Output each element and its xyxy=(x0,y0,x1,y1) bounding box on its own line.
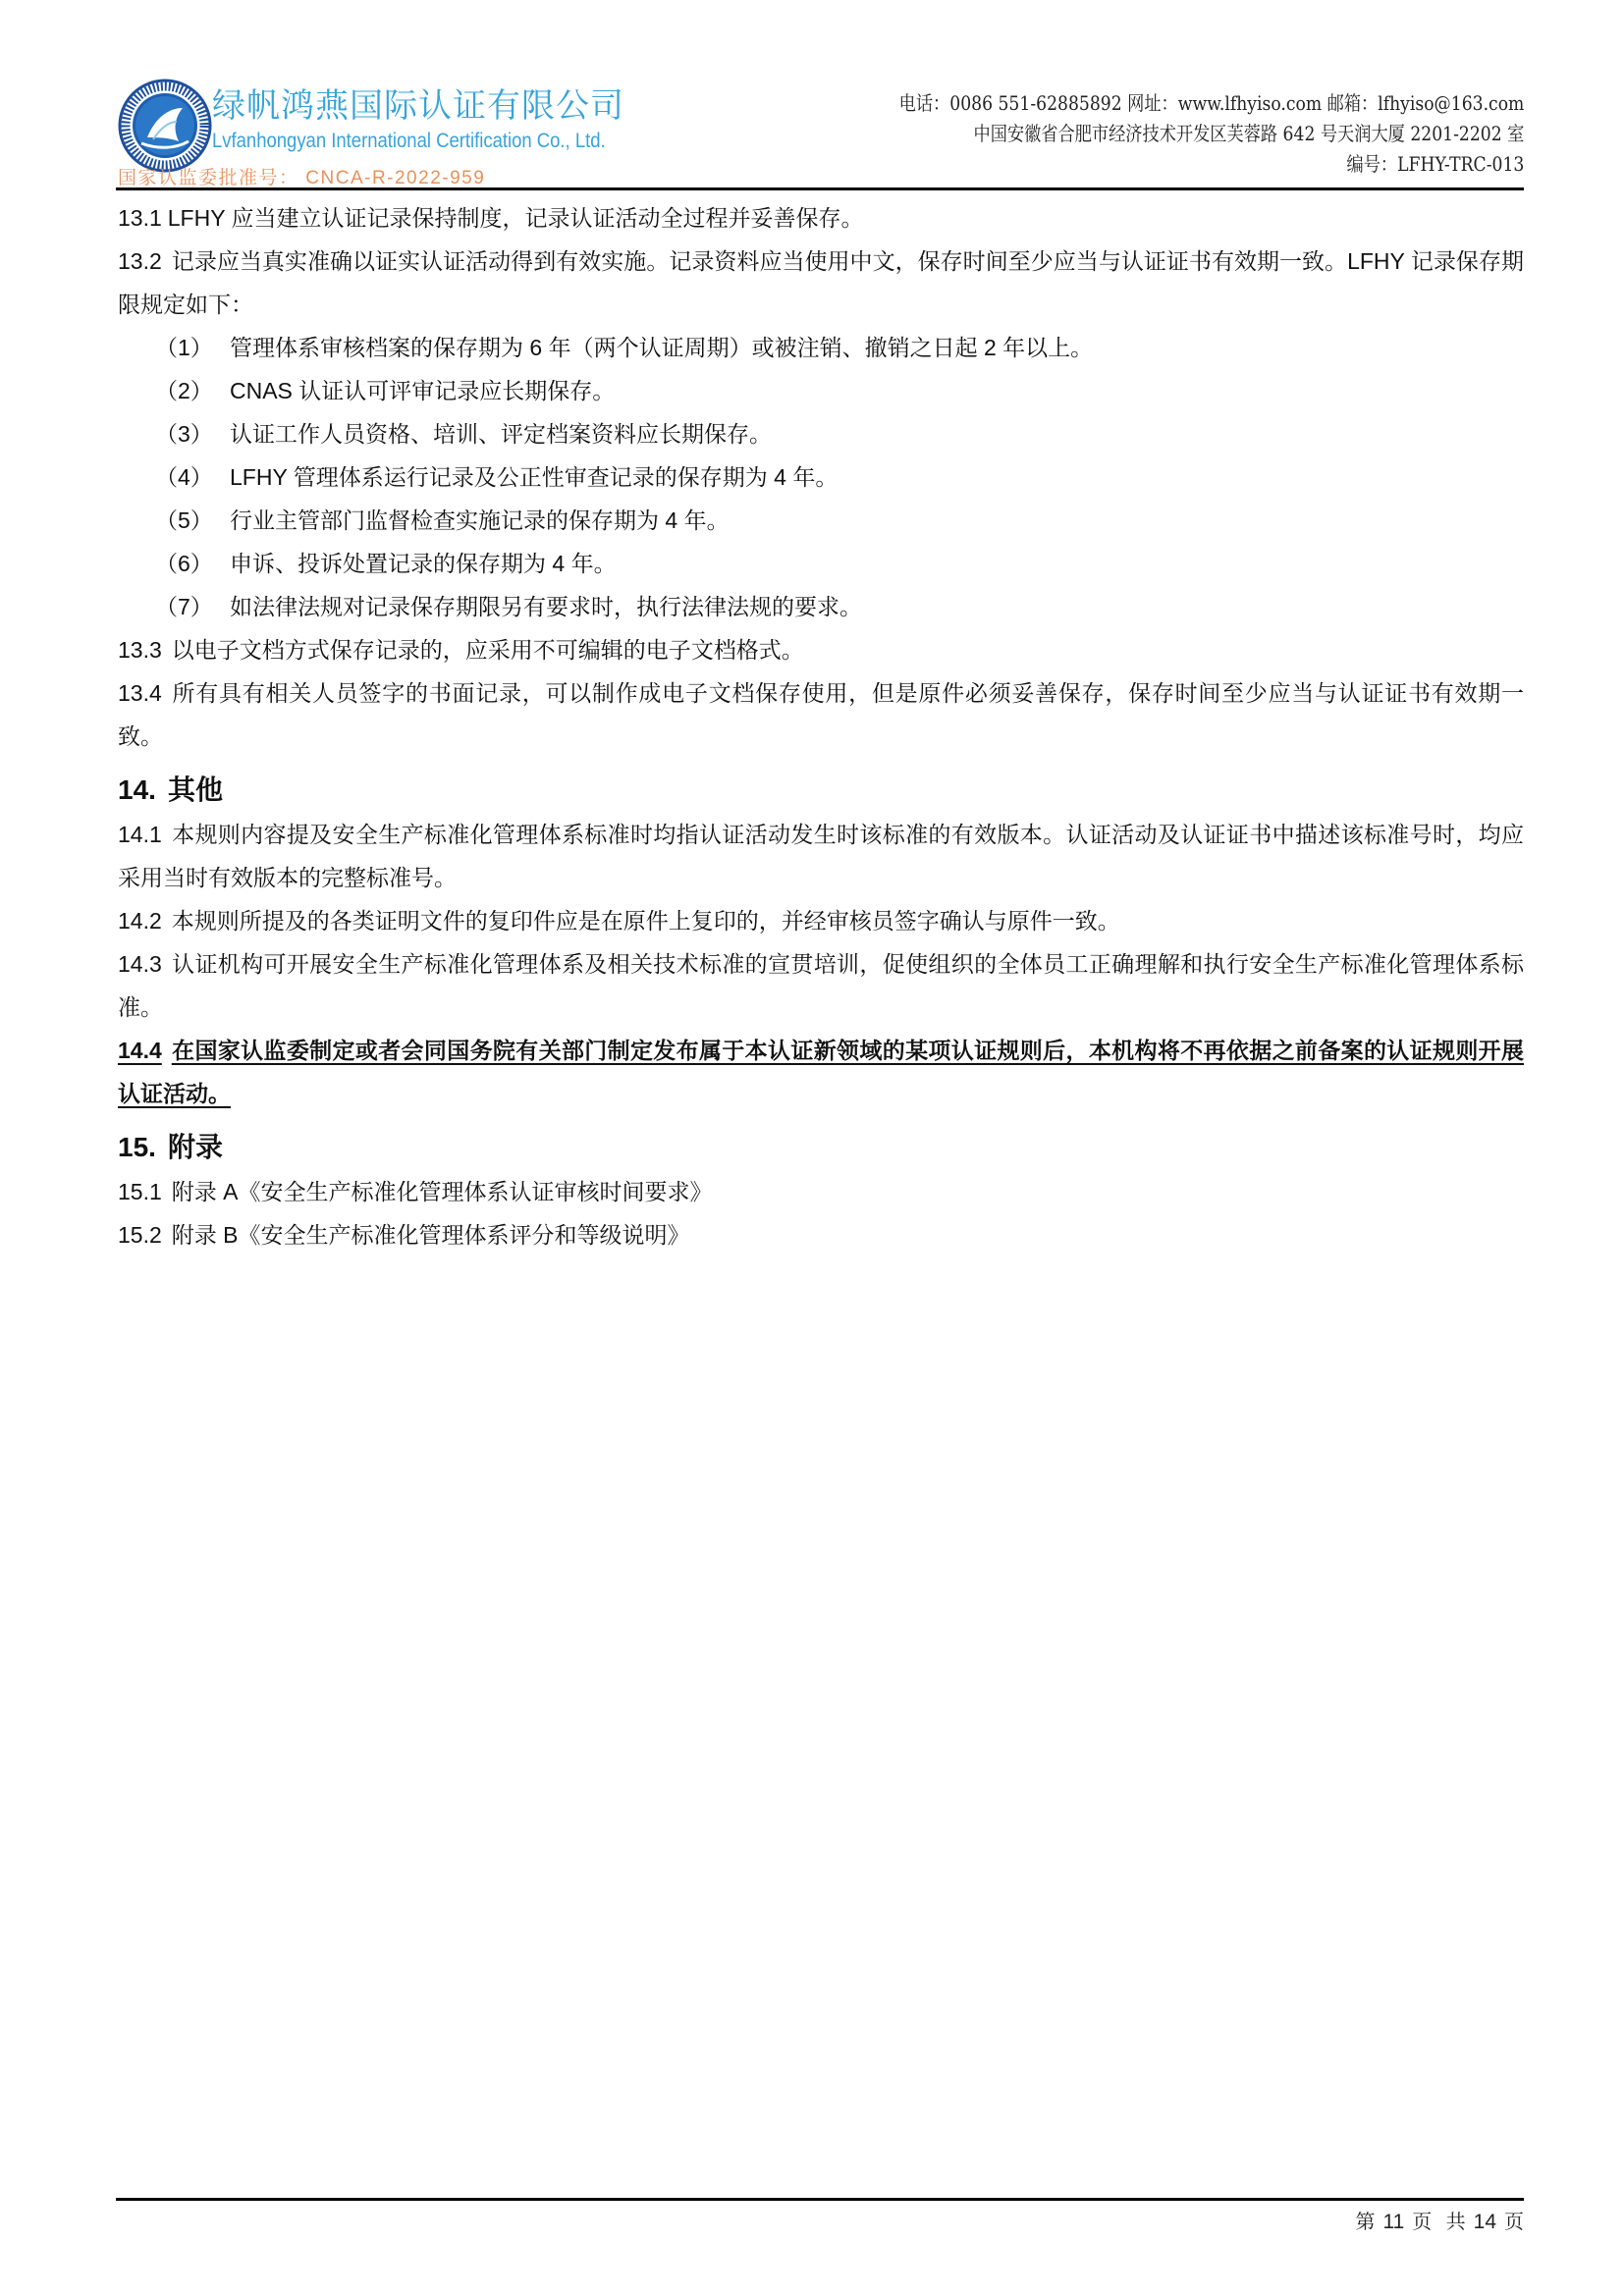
company-address: 中国安徽省合肥市经济技术开发区芙蓉路 642 号天润大厦 2201-2202 室 xyxy=(898,119,1524,149)
approval-number: 国家认监委批准号： CNCA-R-2022-959 xyxy=(118,163,485,189)
clause-number: 14.1 xyxy=(118,822,162,847)
clause-number: 15.1 xyxy=(118,1179,162,1204)
page-middle: 页 共 xyxy=(1412,2210,1465,2233)
clause-text: 所有具有相关人员签字的书面记录，可以制作成电子文档保存使用，但是原件必须妥善保存… xyxy=(118,680,1524,749)
current-page: 11 xyxy=(1382,2211,1404,2233)
document-number: 编号：LFHY-TRC-013 xyxy=(898,149,1524,180)
clause-15-1: 15.1附录 A《安全生产标准化管理体系认证审核时间要求》 xyxy=(118,1170,1524,1213)
document-page: 绿帆鸿燕国际认证有限公司 Lvfanhongyan International … xyxy=(0,0,1624,2296)
list-index: （5） xyxy=(155,499,230,542)
list-item: （7）如法律法规对记录保存期限另有要求时，执行法律法规的要求。 xyxy=(118,585,1524,628)
clause-number: 15.2 xyxy=(118,1222,162,1248)
clause-number: 14.3 xyxy=(118,951,162,977)
clause-text: 本规则所提及的各类证明文件的复印件应是在原件上复印的，并经审核员签字确认与原件一… xyxy=(172,908,1120,934)
list-index: （7） xyxy=(155,585,230,628)
clause-text: 记录应当真实准确以证实认证活动得到有效实施。记录资料应当使用中文，保存时间至少应… xyxy=(118,248,1524,317)
section-heading-15: 15.附录 xyxy=(118,1125,1524,1170)
clause-number: 13.4 xyxy=(118,680,162,706)
section-title: 其他 xyxy=(168,774,223,805)
list-item: （6）申诉、投诉处置记录的保存期为 4 年。 xyxy=(118,542,1524,585)
contact-phone-web-email: 电话：0086 551-62885892 网址：www.lfhyiso.com … xyxy=(898,88,1524,119)
page-prefix: 第 xyxy=(1355,2210,1375,2233)
clause-13-2: 13.2记录应当真实准确以证实认证活动得到有效实施。记录资料应当使用中文，保存时… xyxy=(118,240,1524,326)
page-header: 绿帆鸿燕国际认证有限公司 Lvfanhongyan International … xyxy=(116,69,1524,188)
header-divider xyxy=(116,187,1524,190)
clause-number: 13.1 xyxy=(118,205,162,231)
list-item: （5）行业主管部门监督检查实施记录的保存期为 4 年。 xyxy=(118,499,1524,542)
clause-13-4: 13.4所有具有相关人员签字的书面记录，可以制作成电子文档保存使用，但是原件必须… xyxy=(118,671,1524,758)
clause-text: 附录 B《安全生产标准化管理体系评分和等级说明》 xyxy=(172,1222,690,1248)
clause-15-2: 15.2附录 B《安全生产标准化管理体系评分和等级说明》 xyxy=(118,1213,1524,1256)
list-item: （3）认证工作人员资格、培训、评定档案资料应长期保存。 xyxy=(118,412,1524,455)
list-text: LFHY 管理体系运行记录及公正性审查记录的保存期为 4 年。 xyxy=(230,464,838,490)
clause-text: 以电子文档方式保存记录的，应采用不可编辑的电子文档格式。 xyxy=(172,637,804,663)
section-number: 14. xyxy=(118,774,156,805)
clause-text: 本规则内容提及安全生产标准化管理体系标准时均指认证活动发生时该标准的有效版本。认… xyxy=(118,822,1524,890)
company-name-cn: 绿帆鸿燕国际认证有限公司 xyxy=(212,79,624,127)
section-title: 附录 xyxy=(168,1132,223,1162)
retention-period-list: （1）管理体系审核档案的保存期为 6 年（两个认证周期）或被注销、撤销之日起 2… xyxy=(118,326,1524,628)
list-item: （4）LFHY 管理体系运行记录及公正性审查记录的保存期为 4 年。 xyxy=(118,455,1524,499)
company-name-en: Lvfanhongyan International Certification… xyxy=(212,130,606,153)
clause-number: 13.2 xyxy=(118,248,162,274)
list-index: （3） xyxy=(155,412,230,455)
company-seal-emblem-icon xyxy=(118,79,212,173)
contact-info: 电话：0086 551-62885892 网址：www.lfhyiso.com … xyxy=(797,88,1524,180)
list-index: （6） xyxy=(155,542,230,585)
list-item: （2）CNAS 认证认可评审记录应长期保存。 xyxy=(118,369,1524,412)
footer-divider xyxy=(116,2198,1524,2201)
clause-text: 在国家认监委制定或者会同国务院有关部门制定发布属于本认证新领域的某项认证规则后，… xyxy=(118,1038,1524,1106)
list-text: 申诉、投诉处置记录的保存期为 4 年。 xyxy=(230,551,617,576)
clause-text: LFHY 应当建立认证记录保持制度，记录认证活动全过程并妥善保存。 xyxy=(168,205,864,231)
clause-13-1: 13.1LFHY 应当建立认证记录保持制度，记录认证活动全过程并妥善保存。 xyxy=(118,196,1524,240)
list-item: （1）管理体系审核档案的保存期为 6 年（两个认证周期）或被注销、撤销之日起 2… xyxy=(118,326,1524,369)
clause-number: 13.3 xyxy=(118,637,162,663)
page-suffix: 页 xyxy=(1504,2210,1524,2233)
list-text: 行业主管部门监督检查实施记录的保存期为 4 年。 xyxy=(230,507,730,533)
clause-14-3: 14.3认证机构可开展安全生产标准化管理体系及相关技术标准的宣贯培训，促使组织的… xyxy=(118,942,1524,1029)
list-text: 管理体系审核档案的保存期为 6 年（两个认证周期）或被注销、撤销之日起 2 年以… xyxy=(230,335,1093,360)
page-number: 第11页 共14页 xyxy=(1355,2206,1524,2234)
list-index: （1） xyxy=(155,326,230,369)
document-body: 13.1LFHY 应当建立认证记录保持制度，记录认证活动全过程并妥善保存。 13… xyxy=(118,196,1524,1256)
clause-number: 14.4 xyxy=(118,1038,162,1063)
clause-14-2: 14.2本规则所提及的各类证明文件的复印件应是在原件上复印的，并经审核员签字确认… xyxy=(118,899,1524,942)
clause-number: 14.2 xyxy=(118,908,162,934)
list-index: （2） xyxy=(155,369,230,412)
section-heading-14: 14.其他 xyxy=(118,768,1524,813)
list-text: 如法律法规对记录保存期限另有要求时，执行法律法规的要求。 xyxy=(230,594,862,619)
list-index: （4） xyxy=(155,455,230,499)
clause-14-4: 14.4在国家认监委制定或者会同国务院有关部门制定发布属于本认证新领域的某项认证… xyxy=(118,1029,1524,1115)
clause-text: 认证机构可开展安全生产标准化管理体系及相关技术标准的宣贯培训，促使组织的全体员工… xyxy=(118,951,1524,1020)
clause-text: 附录 A《安全生产标准化管理体系认证审核时间要求》 xyxy=(172,1179,713,1204)
section-number: 15. xyxy=(118,1132,156,1162)
clause-14-1: 14.1本规则内容提及安全生产标准化管理体系标准时均指认证活动发生时该标准的有效… xyxy=(118,813,1524,899)
list-text: 认证工作人员资格、培训、评定档案资料应长期保存。 xyxy=(230,421,772,447)
clause-13-3: 13.3以电子文档方式保存记录的，应采用不可编辑的电子文档格式。 xyxy=(118,628,1524,671)
company-logo: 绿帆鸿燕国际认证有限公司 Lvfanhongyan International … xyxy=(116,73,626,188)
total-pages: 14 xyxy=(1474,2211,1496,2233)
list-text: CNAS 认证认可评审记录应长期保存。 xyxy=(230,378,615,403)
